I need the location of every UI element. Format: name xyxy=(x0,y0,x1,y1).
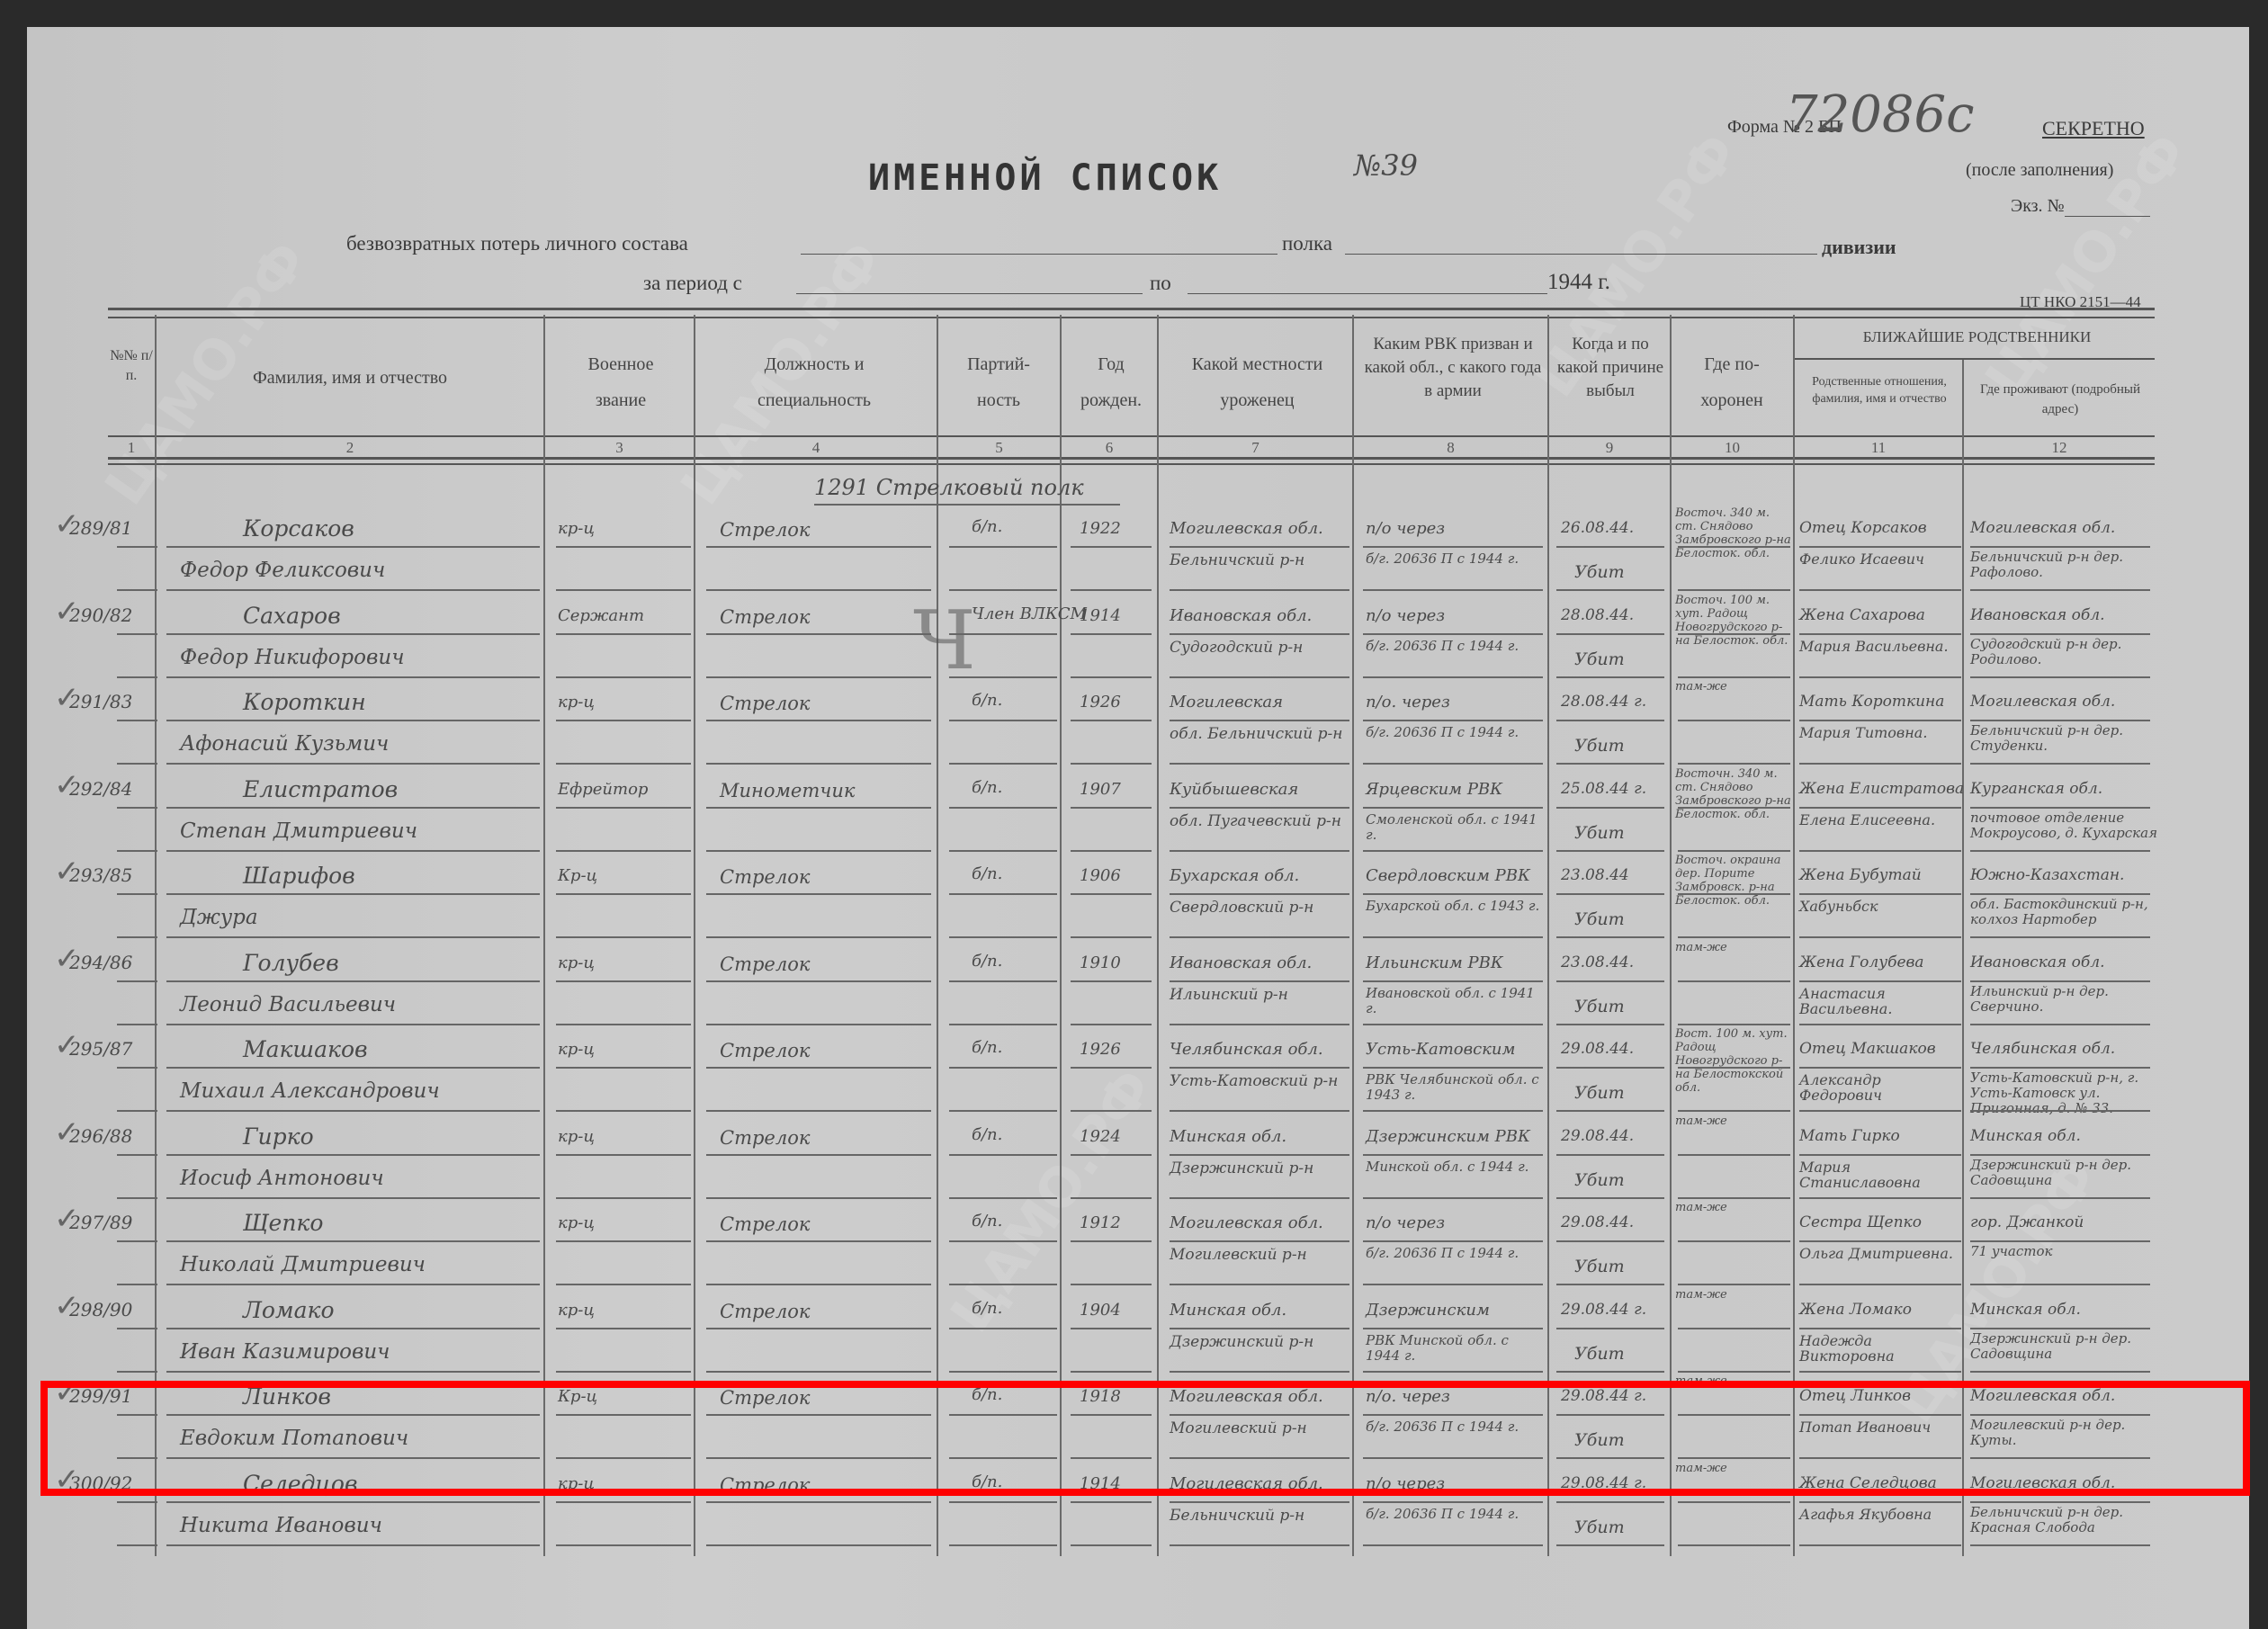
row-underline xyxy=(1970,1501,2150,1503)
row-underline xyxy=(706,1110,931,1112)
row-underline xyxy=(1678,1371,1790,1373)
row-underline xyxy=(1799,1371,1961,1373)
draft-office: п/о. через xyxy=(1366,693,1450,712)
row-underline xyxy=(117,676,157,678)
row-underline xyxy=(1071,720,1152,721)
draft-office: Дзержинским РВК xyxy=(1366,1127,1530,1146)
position: Стрелок xyxy=(720,1301,810,1322)
row-underline xyxy=(1970,807,2150,809)
col-divider xyxy=(1547,315,1549,1556)
address-detail: почтовое отделение Мокроусово, д. Кухарс… xyxy=(1970,810,2159,841)
birth-year: 1906 xyxy=(1080,866,1121,885)
row-underline xyxy=(1678,1154,1790,1156)
loss-reason: Убит xyxy=(1574,562,1625,582)
row-underline xyxy=(117,763,157,765)
colnum: 4 xyxy=(695,439,937,457)
row-underline xyxy=(117,893,157,895)
row-underline xyxy=(1170,1371,1349,1373)
row-underline xyxy=(1363,763,1543,765)
loss-date: 29.08.44. xyxy=(1561,1040,1634,1058)
row-underline xyxy=(166,1284,540,1285)
loss-date: 29.08.44. xyxy=(1561,1127,1634,1145)
row-underline xyxy=(949,676,1057,678)
row-underline xyxy=(556,720,691,721)
row-underline xyxy=(1970,936,2150,938)
row-number: 297/89 xyxy=(69,1212,132,1233)
birth-year: 1907 xyxy=(1080,780,1121,799)
row-underline xyxy=(706,1328,931,1329)
row-underline xyxy=(1678,1284,1790,1285)
loss-reason: Убит xyxy=(1574,649,1625,669)
row-underline xyxy=(556,1110,691,1112)
row-number: 295/87 xyxy=(69,1038,132,1060)
relative-name: Елена Елисеевна. xyxy=(1799,812,1961,828)
relative: Мать Гирко xyxy=(1799,1127,1900,1145)
surname: Ломако xyxy=(243,1297,335,1323)
burial-place: там-же xyxy=(1675,941,1792,954)
division-blank xyxy=(1345,254,1817,255)
row-underline xyxy=(556,850,691,852)
row-underline xyxy=(949,1154,1057,1156)
colnum: 3 xyxy=(545,439,694,457)
col-divider xyxy=(937,315,938,1556)
row-number: 289/81 xyxy=(69,517,132,539)
row-underline xyxy=(1556,1501,1664,1503)
origin-district: обл. Пугачевский р-н xyxy=(1170,814,1349,829)
row-underline xyxy=(1170,807,1349,809)
row-underline xyxy=(706,893,931,895)
row-number: 294/86 xyxy=(69,952,132,973)
row-underline xyxy=(117,1284,157,1285)
position: Стрелок xyxy=(720,1127,810,1149)
row-underline xyxy=(1799,633,1961,635)
row-underline xyxy=(1678,1024,1790,1025)
row-underline xyxy=(1170,546,1349,548)
row-underline xyxy=(166,1371,540,1373)
row-underline xyxy=(166,763,540,765)
position: Стрелок xyxy=(720,1213,810,1235)
row-underline xyxy=(949,720,1057,721)
row-underline xyxy=(1556,720,1664,721)
row-underline xyxy=(1170,1110,1349,1112)
header-col-8: Каким РВК призван и какой обл., с какого… xyxy=(1363,333,1543,403)
section-heading: 1291 Стрелковый полк xyxy=(814,475,1084,500)
page-title: ИМЕННОЙ СПИСОК xyxy=(868,157,1222,199)
surname: Шарифов xyxy=(243,863,355,889)
row-underline xyxy=(706,1024,931,1025)
origin-district: Дзержинский р-н xyxy=(1170,1335,1349,1350)
party: б/п. xyxy=(972,778,1002,797)
row-underline xyxy=(1556,1024,1664,1025)
row-underline xyxy=(1071,893,1152,895)
surname: Корсаков xyxy=(243,515,354,542)
row-underline xyxy=(1799,1024,1961,1025)
row-underline xyxy=(1071,763,1152,765)
relative-name: Надежда Викторовна xyxy=(1799,1333,1961,1364)
given-names: Федор Никифорович xyxy=(180,646,405,669)
row-underline xyxy=(117,546,157,548)
position: Минометчик xyxy=(720,780,855,801)
row-underline xyxy=(556,1154,691,1156)
row-underline xyxy=(1363,1154,1543,1156)
row-underline xyxy=(1071,807,1152,809)
row-underline xyxy=(117,1197,157,1199)
row-underline xyxy=(1071,1024,1152,1025)
row-underline xyxy=(706,720,931,721)
draft-office: п/о через xyxy=(1366,1213,1445,1232)
loss-date: 28.08.44. xyxy=(1561,606,1634,624)
party: б/п. xyxy=(972,1299,1002,1318)
header-col-3: Военное звание xyxy=(576,346,666,418)
origin-district: Бельничский р-н xyxy=(1170,553,1349,568)
header-col-11: Родственные отношения, фамилия, имя и от… xyxy=(1799,373,1959,407)
row-underline xyxy=(166,1197,540,1199)
period-to-label: по xyxy=(1150,272,1171,295)
row-underline xyxy=(166,633,540,635)
row-underline xyxy=(117,1328,157,1329)
relative-name: Хабуньбск xyxy=(1799,899,1961,914)
row-underline xyxy=(1970,546,2150,548)
row-underline xyxy=(1678,850,1790,852)
row-underline xyxy=(1556,807,1664,809)
col-divider xyxy=(1352,315,1354,1556)
row-underline xyxy=(166,893,540,895)
row-underline xyxy=(556,1501,691,1503)
row-underline xyxy=(1970,980,2150,982)
row-underline xyxy=(1071,1240,1152,1242)
period-year: 1944 г. xyxy=(1547,270,1610,295)
address-detail: Дзержинский р-н дер. Садовщина xyxy=(1970,1158,2159,1188)
row-underline xyxy=(1363,1501,1543,1503)
row-underline xyxy=(1678,1501,1790,1503)
military-rank: Ефрейтор xyxy=(558,780,648,799)
row-underline xyxy=(117,1501,157,1503)
loss-date: 28.08.44 г. xyxy=(1561,693,1646,711)
row-underline xyxy=(949,893,1057,895)
row-underline xyxy=(1170,1284,1349,1285)
row-underline xyxy=(949,1024,1057,1025)
relative: Жена Елистратова xyxy=(1799,780,1964,798)
row-underline xyxy=(949,589,1057,591)
highlight-box-row-299 xyxy=(40,1381,2250,1496)
period-to-blank xyxy=(1188,293,1547,294)
header-col-10: Где по-хоронен xyxy=(1678,346,1786,418)
row-underline xyxy=(556,589,691,591)
row-underline xyxy=(556,1544,691,1546)
address-detail: Бельничский р-н дер. Красная Слобода xyxy=(1970,1505,2159,1535)
row-underline xyxy=(1678,763,1790,765)
position: Стрелок xyxy=(720,606,810,628)
row-underline xyxy=(1799,936,1961,938)
row-underline xyxy=(1556,763,1664,765)
row-underline xyxy=(1799,589,1961,591)
row-underline xyxy=(706,1197,931,1199)
relative: Жена Ломако xyxy=(1799,1301,1912,1319)
surname: Голубев xyxy=(243,950,339,976)
row-underline xyxy=(1970,633,2150,635)
row-underline xyxy=(1970,1154,2150,1156)
surname: Щепко xyxy=(243,1210,323,1236)
burial-place: там-же xyxy=(1675,1288,1792,1302)
party: б/п. xyxy=(972,1212,1002,1231)
row-underline xyxy=(1170,1197,1349,1199)
row-underline xyxy=(1071,633,1152,635)
row-underline xyxy=(556,633,691,635)
draft-office-detail: Минской обл. с 1944 г. xyxy=(1366,1159,1546,1175)
row-underline xyxy=(1071,1371,1152,1373)
relative: Отец Корсаков xyxy=(1799,519,1927,537)
row-underline xyxy=(556,980,691,982)
row-underline xyxy=(706,807,931,809)
row-underline xyxy=(166,546,540,548)
row-underline xyxy=(949,763,1057,765)
party: б/п. xyxy=(972,691,1002,710)
row-underline xyxy=(1556,936,1664,938)
origin-region: Бухарская обл. xyxy=(1170,866,1299,885)
row-underline xyxy=(1363,1371,1543,1373)
row-underline xyxy=(117,1067,157,1069)
relative: Мать Короткина xyxy=(1799,693,1944,711)
row-underline xyxy=(166,1501,540,1503)
col-divider xyxy=(1060,315,1062,1556)
row-underline xyxy=(1799,763,1961,765)
row-number: 293/85 xyxy=(69,864,132,886)
row-underline xyxy=(1556,1240,1664,1242)
loss-reason: Убит xyxy=(1574,1517,1625,1537)
row-underline xyxy=(949,1197,1057,1199)
row-underline xyxy=(1170,1024,1349,1025)
origin-region: Куйбышевская xyxy=(1170,780,1298,799)
row-underline xyxy=(117,1240,157,1242)
row-underline xyxy=(166,936,540,938)
relative-name: Мария Станиславовна xyxy=(1799,1159,1961,1190)
row-underline xyxy=(1799,1067,1961,1069)
colnum: 9 xyxy=(1549,439,1670,457)
row-underline xyxy=(1071,850,1152,852)
row-underline xyxy=(556,676,691,678)
party: б/п. xyxy=(972,864,1002,883)
origin-region: Ивановская обл. xyxy=(1170,953,1312,972)
col-divider xyxy=(1157,315,1159,1556)
row-underline xyxy=(949,980,1057,982)
given-names: Михаил Александрович xyxy=(180,1079,440,1103)
draft-office: Усть-Катовским xyxy=(1366,1040,1515,1059)
row-underline xyxy=(949,1328,1057,1329)
military-rank: Сержант xyxy=(558,606,644,625)
address-region: Могилевская обл. xyxy=(1970,519,2115,537)
row-underline xyxy=(1678,1067,1790,1069)
relative-name: Анастасия Васильевна. xyxy=(1799,986,1961,1016)
subtitle-losses: безвозвратных потерь личного состава xyxy=(346,232,688,255)
col-divider xyxy=(1962,360,1964,1556)
burial-place: там-же xyxy=(1675,680,1792,694)
row-underline xyxy=(1799,1154,1961,1156)
loss-date: 26.08.44. xyxy=(1561,519,1634,537)
row-underline xyxy=(1799,1110,1961,1112)
party: б/п. xyxy=(972,1038,1002,1057)
origin-district: Усть-Катовский р-н xyxy=(1170,1074,1349,1089)
row-underline xyxy=(1363,936,1543,938)
address-region: Ивановская обл. xyxy=(1970,606,2105,624)
row-underline xyxy=(949,807,1057,809)
row-underline xyxy=(1556,633,1664,635)
row-underline xyxy=(1170,720,1349,721)
address-detail: Бельничский р-н дер. Студенки. xyxy=(1970,723,2159,754)
row-underline xyxy=(1556,676,1664,678)
row-underline xyxy=(1678,1328,1790,1329)
loss-reason: Убит xyxy=(1574,1257,1625,1276)
row-underline xyxy=(706,1544,931,1546)
row-underline xyxy=(166,1154,540,1156)
list-number: №39 xyxy=(1354,148,1418,183)
row-underline xyxy=(1363,1240,1543,1242)
row-number: 290/82 xyxy=(69,604,132,626)
row-underline xyxy=(949,633,1057,635)
row-underline xyxy=(117,1371,157,1373)
origin-district: Ильинский р-н xyxy=(1170,988,1349,1003)
col-divider xyxy=(543,315,545,1556)
position: Стрелок xyxy=(720,693,810,714)
row-underline xyxy=(166,1110,540,1112)
row-underline xyxy=(556,1197,691,1199)
relative: Отец Макшаков xyxy=(1799,1040,1936,1058)
row-underline xyxy=(1363,1024,1543,1025)
row-underline xyxy=(1071,1501,1152,1503)
origin-region: Могилевская xyxy=(1170,693,1283,712)
address-detail: Ильинский р-н дер. Сверчино. xyxy=(1970,984,2159,1015)
row-underline xyxy=(1799,980,1961,982)
row-underline xyxy=(949,1240,1057,1242)
row-underline xyxy=(166,589,540,591)
draft-office-detail: б/г. 20636 П с 1944 г. xyxy=(1366,1246,1546,1261)
row-underline xyxy=(556,546,691,548)
row-underline xyxy=(1556,1154,1664,1156)
section-heading-underline xyxy=(814,504,1120,506)
row-underline xyxy=(1363,1110,1543,1112)
row-underline xyxy=(1970,893,2150,895)
row-underline xyxy=(117,807,157,809)
colnum: 5 xyxy=(938,439,1060,457)
header-col-2: Фамилия, имя и отчество xyxy=(157,360,543,396)
row-underline xyxy=(1071,676,1152,678)
row-underline xyxy=(1799,1240,1961,1242)
row-underline xyxy=(1970,850,2150,852)
loss-reason: Убит xyxy=(1574,823,1625,843)
row-underline xyxy=(556,763,691,765)
row-underline xyxy=(166,1024,540,1025)
origin-district: Дзержинский р-н xyxy=(1170,1161,1349,1177)
origin-district: Свердловский р-н xyxy=(1170,900,1349,916)
period-from-label: за период с xyxy=(643,272,742,295)
given-names: Николай Дмитриевич xyxy=(180,1253,426,1276)
relative-name: Мария Васильевна. xyxy=(1799,639,1961,654)
address-detail: Дзержинский р-н дер. Садовщина xyxy=(1970,1331,2159,1362)
draft-office: Свердловским РВК xyxy=(1366,866,1530,885)
row-underline xyxy=(117,1154,157,1156)
row-underline xyxy=(117,850,157,852)
row-underline xyxy=(1556,1328,1664,1329)
relative: Жена Бубутай xyxy=(1799,866,1922,884)
origin-region: Челябинская обл. xyxy=(1170,1040,1323,1059)
origin-district: Судогодский р-н xyxy=(1170,640,1349,656)
origin-district: обл. Бельничский р-н xyxy=(1170,727,1349,742)
row-underline xyxy=(1170,633,1349,635)
party: б/п. xyxy=(972,952,1002,971)
row-underline xyxy=(556,1067,691,1069)
row-underline xyxy=(166,676,540,678)
row-underline xyxy=(556,1240,691,1242)
row-underline xyxy=(556,1371,691,1373)
row-underline xyxy=(1556,893,1664,895)
header-col-9: Когда и по какой причине выбыл xyxy=(1556,333,1664,403)
birth-year: 1912 xyxy=(1080,1213,1121,1232)
row-underline xyxy=(1556,1067,1664,1069)
birth-year: 1904 xyxy=(1080,1301,1121,1320)
burial-place: там-же xyxy=(1675,1201,1792,1214)
regiment-blank xyxy=(801,254,1277,255)
row-underline xyxy=(166,720,540,721)
col-divider xyxy=(1670,315,1672,1556)
relatives-group-rule xyxy=(1795,358,2155,360)
col-divider xyxy=(694,315,695,1556)
row-underline xyxy=(117,936,157,938)
header-col-5: Партий-ность xyxy=(949,346,1048,418)
header-relatives-group: БЛИЖАЙШИЕ РОДСТВЕННИКИ xyxy=(1799,324,2155,351)
row-underline xyxy=(166,850,540,852)
burial-place: Восточ. окраина дер. Порите Замбровск. р… xyxy=(1675,854,1792,908)
colnum: 8 xyxy=(1354,439,1547,457)
row-underline xyxy=(1170,589,1349,591)
party: б/п. xyxy=(972,1125,1002,1144)
relative-name: Агафья Якубовна xyxy=(1799,1507,1961,1522)
row-underline xyxy=(1170,763,1349,765)
address-region: Курганская обл. xyxy=(1970,780,2102,798)
row-underline xyxy=(1678,546,1790,548)
row-underline xyxy=(1678,936,1790,938)
row-underline xyxy=(706,980,931,982)
loss-reason: Убит xyxy=(1574,1170,1625,1190)
row-underline xyxy=(117,980,157,982)
relative: Сестра Щепко xyxy=(1799,1213,1922,1231)
birth-year: 1910 xyxy=(1080,953,1121,972)
address-detail: обл. Бастокдинский р-н, колхоз Нартобер xyxy=(1970,897,2159,927)
row-underline xyxy=(1170,980,1349,982)
row-underline xyxy=(1071,1154,1152,1156)
subtitle-regiment: полка xyxy=(1282,232,1332,255)
row-underline xyxy=(706,589,931,591)
row-number: 296/88 xyxy=(69,1125,132,1147)
copy-number-line xyxy=(2065,216,2150,217)
row-underline xyxy=(556,936,691,938)
row-underline xyxy=(1678,893,1790,895)
row-underline xyxy=(166,1067,540,1069)
row-underline xyxy=(949,1371,1057,1373)
burial-place: Восточ. 100 м. хут. Радощ Новогрудского … xyxy=(1675,594,1792,648)
row-underline xyxy=(1970,676,2150,678)
header-col-1: №№ п/п. xyxy=(110,346,153,386)
row-underline xyxy=(1363,1197,1543,1199)
row-underline xyxy=(556,1284,691,1285)
row-underline xyxy=(1071,546,1152,548)
copy-number-label: Экз. № xyxy=(2011,196,2065,217)
loss-reason: Убит xyxy=(1574,1344,1625,1364)
relative-name: Александр Федорович xyxy=(1799,1072,1961,1103)
position: Стрелок xyxy=(720,866,810,888)
colnum: 12 xyxy=(1964,439,2155,457)
address-detail: 71 участок xyxy=(1970,1244,2159,1259)
given-names: Афонасий Кузьмич xyxy=(180,732,389,756)
row-underline xyxy=(1071,1067,1152,1069)
